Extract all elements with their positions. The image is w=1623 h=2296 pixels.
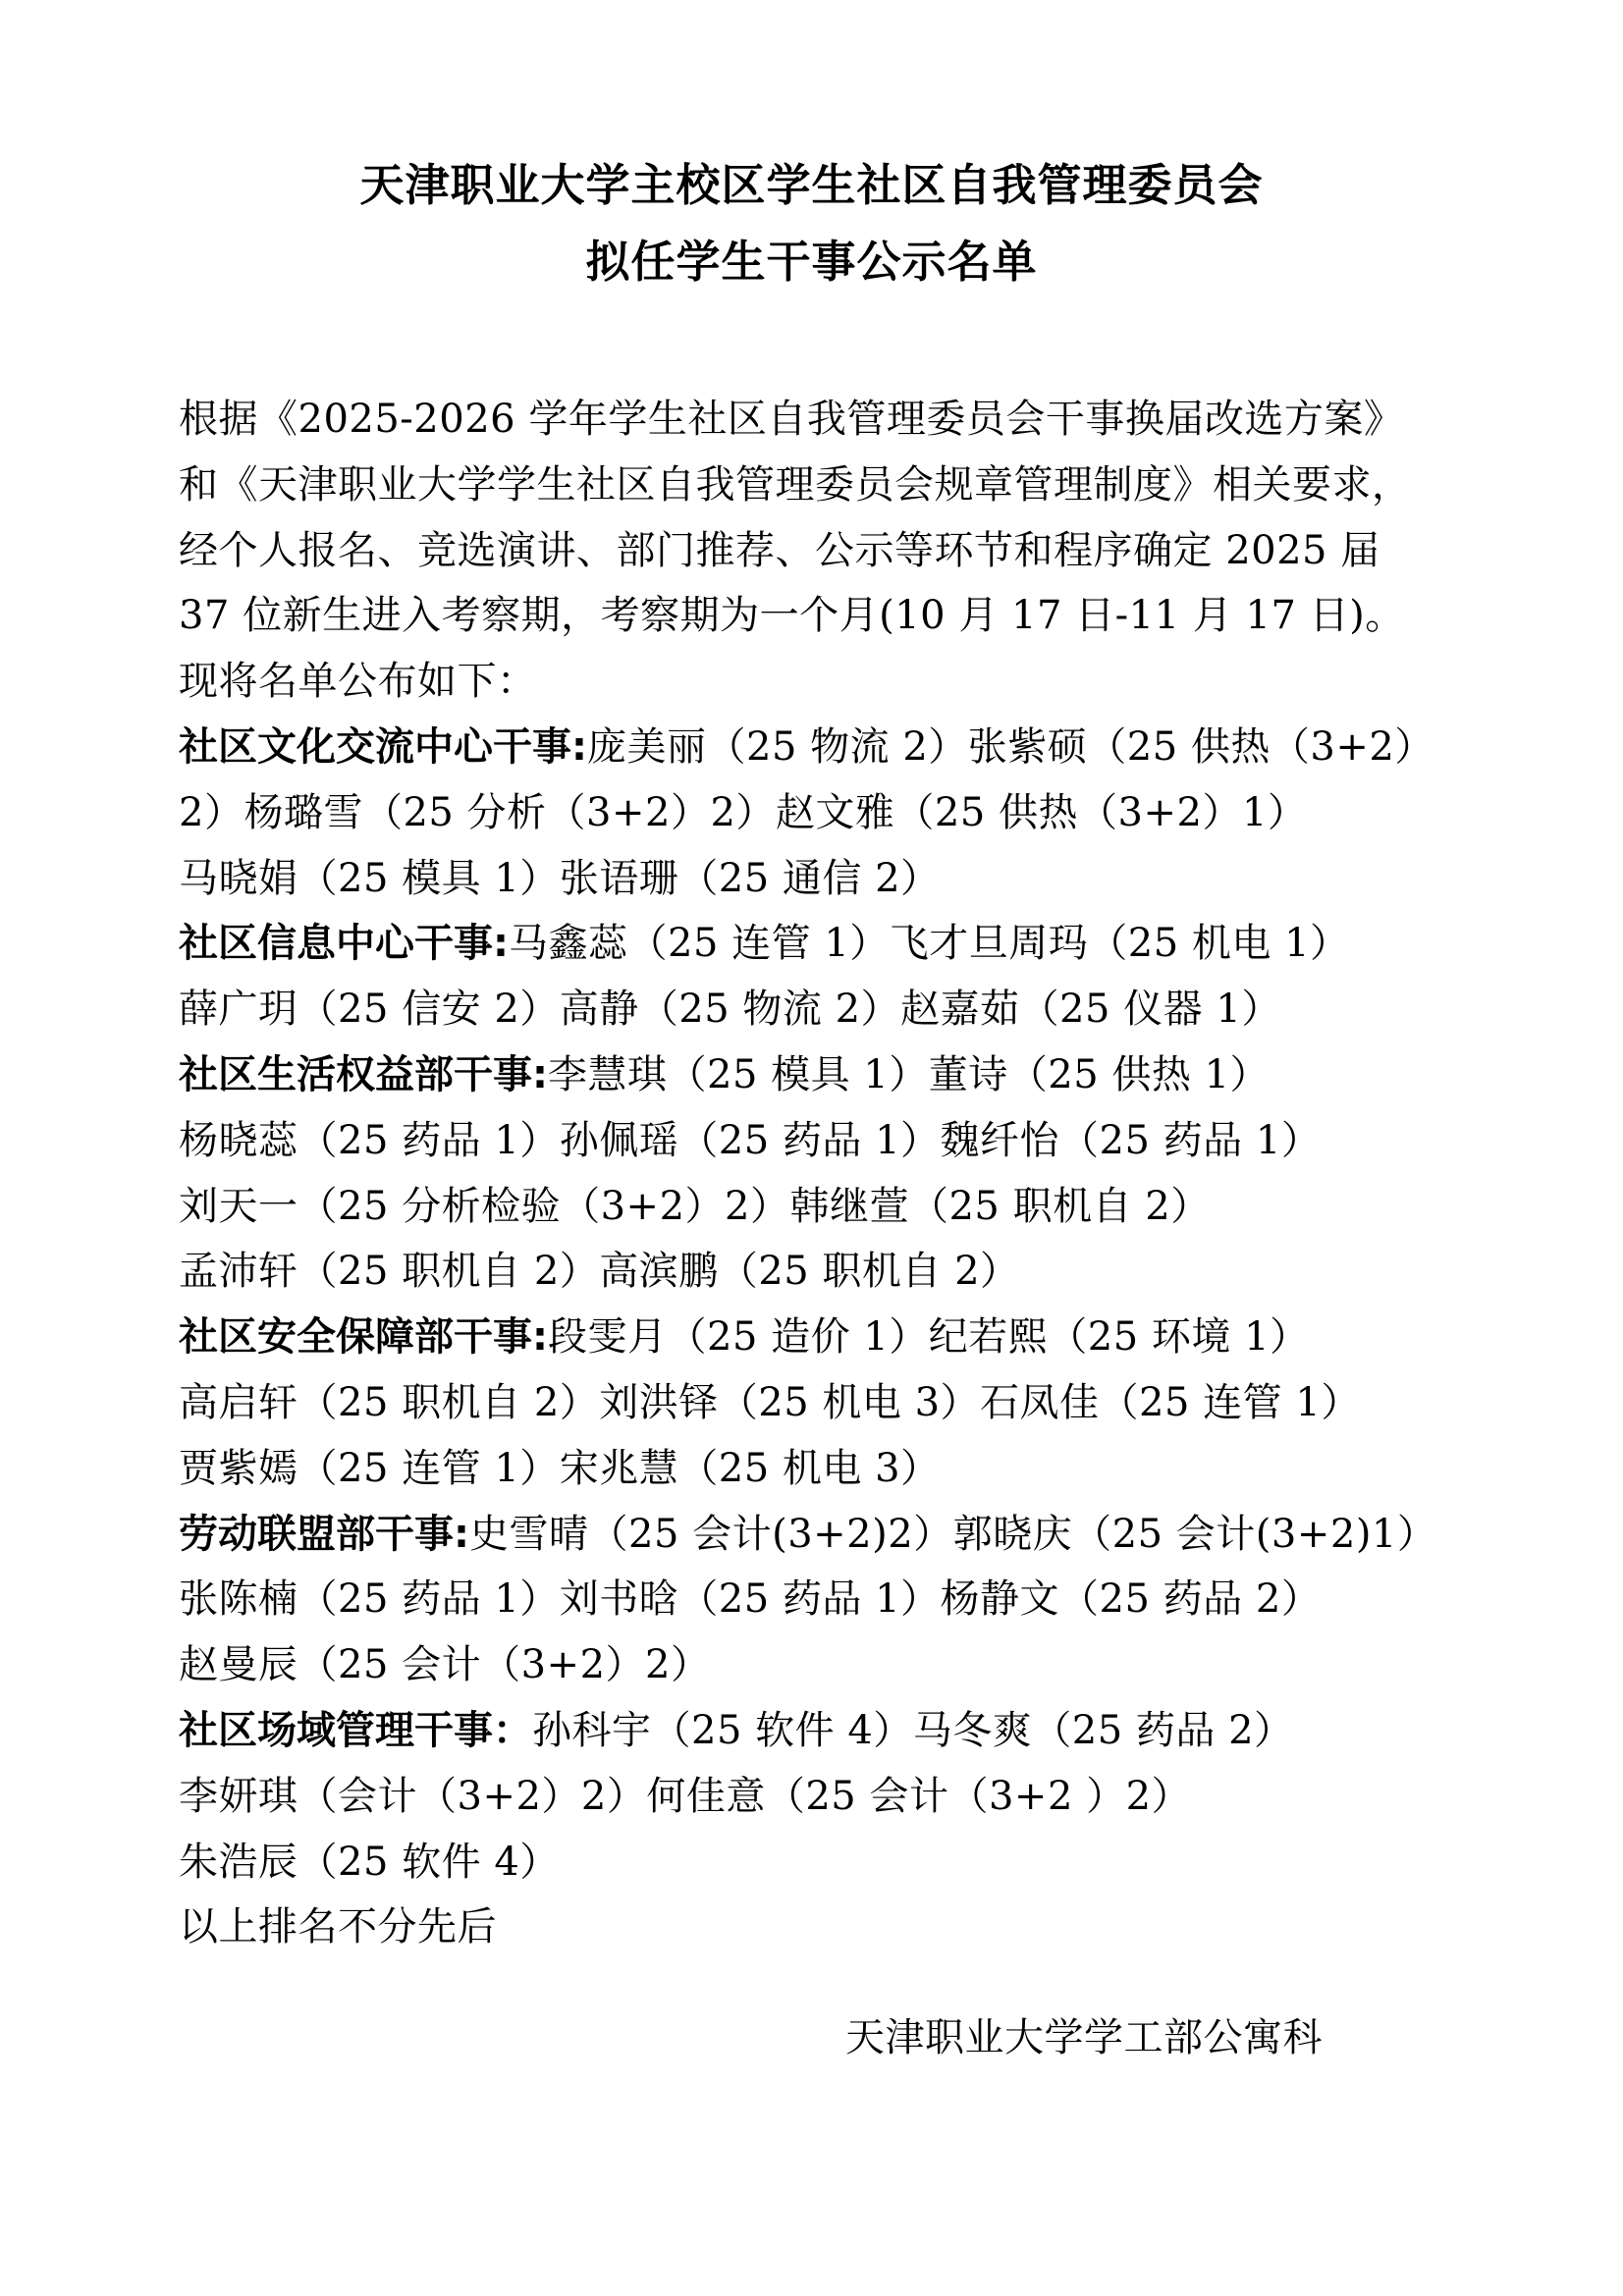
line-text: 朱浩辰（25 软件 4） xyxy=(179,1840,560,1885)
line-text: 薛广玥（25 信安 2）高静（25 物流 2）赵嘉茹（25 仪器 1） xyxy=(179,987,1281,1032)
line-text: 现将名单公布如下： xyxy=(179,659,537,704)
section-label: 社区文化交流中心干事: xyxy=(179,724,587,770)
line-text: 李妍琪（会计（3+2）2）何佳意（25 会计（3+2 ）2） xyxy=(179,1774,1191,1819)
line-text: 和《天津职业大学学生社区自我管理委员会规章管理制度》相关要求， xyxy=(179,462,1412,507)
document-line: 和《天津职业大学学生社区自我管理委员会规章管理制度》相关要求， xyxy=(179,453,1458,518)
section-label: 社区场域管理干事： xyxy=(179,1708,532,1753)
body-lines: 根据《2025-2026 学年学生社区自我管理委员会干事换届改选方案》 和《天津… xyxy=(179,387,1458,1960)
document-line: 2）杨璐雪（25 分析（3+2）2）赵文雅（25 供热（3+2）1） xyxy=(179,780,1458,846)
document-page: 天津职业大学主校区学生社区自我管理委员会 拟任学生干事公示名单 根据《2025-… xyxy=(0,0,1623,2296)
document-title-line-1: 天津职业大学主校区学生社区自我管理委员会 xyxy=(0,147,1623,224)
line-text: 孙科宇（25 软件 4）马冬爽（25 药品 2） xyxy=(532,1708,1294,1753)
document-line: 37 位新生进入考察期，考察期为一个月(10 月 17 日-11 月 17 日)… xyxy=(179,583,1458,649)
document-line: 经个人报名、竞选演讲、部门推荐、公示等环节和程序确定 2025 届 xyxy=(179,518,1458,584)
document-line: 杨晓蕊（25 药品 1）孙佩瑶（25 药品 1）魏纤怡（25 药品 1） xyxy=(179,1108,1458,1174)
document-line: 薛广玥（25 信安 2）高静（25 物流 2）赵嘉茹（25 仪器 1） xyxy=(179,977,1458,1042)
line-text: 孟沛轩（25 职机自 2）高滨鹏（25 职机自 2） xyxy=(179,1249,1020,1294)
document-line: 朱浩辰（25 软件 4） xyxy=(179,1830,1458,1896)
line-text: 杨晓蕊（25 药品 1）孙佩瑶（25 药品 1）魏纤怡（25 药品 1） xyxy=(179,1118,1321,1163)
section-label: 劳动联盟部干事: xyxy=(179,1512,469,1557)
document-line: 孟沛轩（25 职机自 2）高滨鹏（25 职机自 2） xyxy=(179,1239,1458,1305)
document-line: 社区生活权益部干事:李慧琪（25 模具 1）董诗（25 供热 1） xyxy=(179,1042,1458,1108)
document-title: 天津职业大学主校区学生社区自我管理委员会 拟任学生干事公示名单 xyxy=(0,0,1623,300)
line-text: 经个人报名、竞选演讲、部门推荐、公示等环节和程序确定 2025 届 xyxy=(179,528,1380,573)
line-text: 根据《2025-2026 学年学生社区自我管理委员会干事换届改选方案》 xyxy=(179,397,1403,442)
line-text: 赵曼辰（25 会计（3+2）2） xyxy=(179,1642,710,1687)
document-body: 根据《2025-2026 学年学生社区自我管理委员会干事换届改选方案》 和《天津… xyxy=(179,387,1458,2071)
line-text: 刘天一（25 分析检验（3+2）2）韩继萱（25 职机自 2） xyxy=(179,1184,1211,1229)
document-line: 社区信息中心干事:马鑫蕊（25 连管 1）飞才旦周玛（25 机电 1） xyxy=(179,911,1458,977)
document-line: 贾紫嫣（25 连管 1）宋兆慧（25 机电 3） xyxy=(179,1436,1458,1502)
line-text: 37 位新生进入考察期，考察期为一个月(10 月 17 日-11 月 17 日)… xyxy=(179,593,1405,638)
section-label: 社区生活权益部干事: xyxy=(179,1052,548,1097)
document-line: 以上排名不分先后 xyxy=(179,1895,1458,1960)
document-line: 社区安全保障部干事:段雯月（25 造价 1）纪若熙（25 环境 1） xyxy=(179,1305,1458,1370)
line-text: 高启轩（25 职机自 2）刘洪铎（25 机电 3）石凤佳（25 连管 1） xyxy=(179,1380,1361,1425)
line-text: 史雪晴（25 会计(3+2)2）郭晓庆（25 会计(3+2)1） xyxy=(469,1512,1436,1557)
line-text: 2）杨璐雪（25 分析（3+2）2）赵文雅（25 供热（3+2）1） xyxy=(179,790,1307,835)
document-line: 刘天一（25 分析检验（3+2）2）韩继萱（25 职机自 2） xyxy=(179,1174,1458,1240)
line-text: 马晓娟（25 模具 1）张语珊（25 通信 2） xyxy=(179,856,941,901)
document-line: 根据《2025-2026 学年学生社区自我管理委员会干事换届改选方案》 xyxy=(179,387,1458,453)
document-line: 马晓娟（25 模具 1）张语珊（25 通信 2） xyxy=(179,846,1458,912)
line-text: 李慧琪（25 模具 1）董诗（25 供热 1） xyxy=(548,1052,1270,1097)
line-text: 以上排名不分先后 xyxy=(179,1904,497,1949)
document-line: 现将名单公布如下： xyxy=(179,649,1458,715)
line-text: 张陈楠（25 药品 1）刘书晗（25 药品 1）杨静文（25 药品 2） xyxy=(179,1576,1321,1622)
line-text: 段雯月（25 造价 1）纪若熙（25 环境 1） xyxy=(548,1314,1310,1360)
signature-line: 天津职业大学学工部公寓科 xyxy=(179,2005,1458,2071)
line-text: 庞美丽（25 物流 2）张紫硕（25 供热（3+2） xyxy=(587,724,1434,770)
document-line: 劳动联盟部干事:史雪晴（25 会计(3+2)2）郭晓庆（25 会计(3+2)1） xyxy=(179,1502,1458,1568)
document-line: 张陈楠（25 药品 1）刘书晗（25 药品 1）杨静文（25 药品 2） xyxy=(179,1567,1458,1632)
document-line: 李妍琪（会计（3+2）2）何佳意（25 会计（3+2 ）2） xyxy=(179,1764,1458,1830)
document-line: 高启轩（25 职机自 2）刘洪铎（25 机电 3）石凤佳（25 连管 1） xyxy=(179,1370,1458,1436)
document-line: 社区场域管理干事：孙科宇（25 软件 4）马冬爽（25 药品 2） xyxy=(179,1698,1458,1764)
document-line: 社区文化交流中心干事:庞美丽（25 物流 2）张紫硕（25 供热（3+2） xyxy=(179,715,1458,780)
section-label: 社区安全保障部干事: xyxy=(179,1314,548,1360)
document-title-line-2: 拟任学生干事公示名单 xyxy=(0,224,1623,300)
section-label: 社区信息中心干事: xyxy=(179,921,509,966)
line-text: 贾紫嫣（25 连管 1）宋兆慧（25 机电 3） xyxy=(179,1446,941,1491)
document-line: 赵曼辰（25 会计（3+2）2） xyxy=(179,1632,1458,1698)
line-text: 马鑫蕊（25 连管 1）飞才旦周玛（25 机电 1） xyxy=(509,921,1350,966)
